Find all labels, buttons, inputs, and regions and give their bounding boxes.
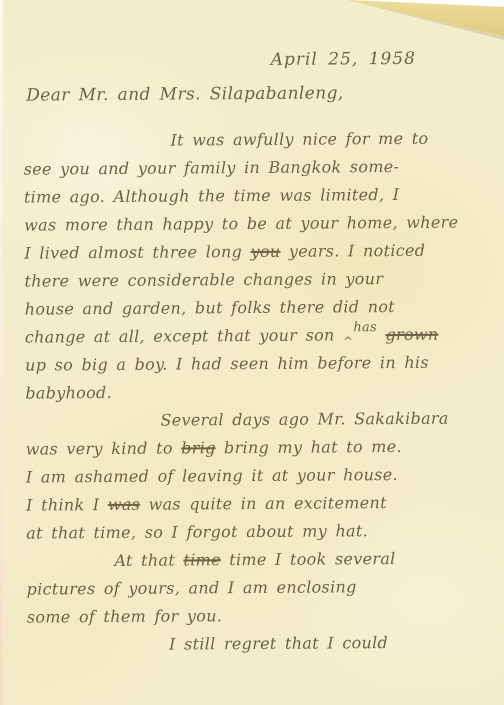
text-run: house and garden, but folks there did no… bbox=[25, 297, 395, 319]
struck-word: brig bbox=[181, 438, 216, 457]
letter-line: up so big a boy. I had seen him before i… bbox=[25, 348, 492, 379]
caret-mark: ^ bbox=[343, 334, 353, 348]
letter-line: At that time time I took several bbox=[26, 544, 493, 575]
text-run: was quite in an excitement bbox=[140, 493, 387, 514]
letter-line: some of them for you. bbox=[27, 600, 494, 631]
letter-line: was very kind to brig bring my hat to me… bbox=[26, 432, 493, 463]
text-run: time ago. Although the time was limited,… bbox=[24, 185, 400, 207]
text-run: I still regret that I could bbox=[169, 633, 388, 654]
text-run: was more than happy to be at your home, … bbox=[24, 213, 458, 235]
letter-line: I think I was was quite in an excitement bbox=[26, 488, 493, 519]
text-run: years. I noticed bbox=[280, 241, 425, 261]
text-run: there were considerable changes in your bbox=[24, 269, 383, 291]
text-run bbox=[377, 325, 386, 344]
text-run: up so big a boy. I had seen him before i… bbox=[25, 353, 429, 375]
letter-lines: It was awfully nice for me tosee you and… bbox=[23, 124, 494, 659]
text-run: It was awfully nice for me to bbox=[170, 129, 428, 150]
text-run: change at all, except that your son bbox=[25, 325, 343, 346]
letter-line: I lived almost three long you years. I n… bbox=[24, 236, 491, 267]
struck-word: you bbox=[250, 242, 280, 261]
text-run: babyhood. bbox=[25, 383, 112, 403]
struck-word: grown bbox=[385, 325, 438, 344]
letter-line: was more than happy to be at your home, … bbox=[24, 208, 491, 239]
letter-salutation: Dear Mr. and Mrs. Silapabanleng, bbox=[26, 83, 344, 105]
letter-line: Several days ago Mr. Sakakibara bbox=[25, 404, 492, 435]
text-run: pictures of yours, and I am enclosing bbox=[27, 577, 357, 598]
letter-line: pictures of yours, and I am enclosing bbox=[27, 572, 494, 603]
letter-date: April 25, 1958 bbox=[271, 49, 416, 70]
letter-line: I still regret that I could bbox=[27, 628, 494, 659]
letter-line: see you and your family in Bangkok some- bbox=[24, 152, 491, 183]
text-run: Several days ago Mr. Sakakibara bbox=[160, 409, 448, 430]
text-run: was very kind to bbox=[26, 438, 182, 458]
text-run: I am ashamed of leaving it at your house… bbox=[26, 465, 398, 487]
text-run: bring my hat to me. bbox=[216, 437, 402, 457]
struck-word: time bbox=[183, 550, 221, 569]
letter-line: It was awfully nice for me to bbox=[23, 124, 490, 155]
text-run: I lived almost three long bbox=[24, 242, 250, 263]
handwriting-layer: April 25, 1958 Dear Mr. and Mrs. Silapab… bbox=[0, 0, 504, 705]
text-run: at that time, so I forgot about my hat. bbox=[26, 521, 368, 542]
letter-line: babyhood. bbox=[25, 376, 492, 407]
text-run: see you and your family in Bangkok some- bbox=[24, 157, 400, 179]
text-run: At that bbox=[114, 550, 183, 569]
struck-word: was bbox=[108, 495, 140, 514]
letter-line: there were considerable changes in your bbox=[24, 264, 491, 295]
letter-line: I am ashamed of leaving it at your house… bbox=[26, 460, 493, 491]
inserted-word: has bbox=[353, 320, 377, 335]
letter-line: change at all, except that your son ^has… bbox=[25, 320, 492, 351]
letter-line: time ago. Although the time was limited,… bbox=[24, 180, 491, 211]
text-run: some of them for you. bbox=[27, 606, 222, 626]
text-run: I think I bbox=[26, 495, 108, 515]
scanned-letter-page: April 25, 1958 Dear Mr. and Mrs. Silapab… bbox=[0, 0, 504, 705]
letter-line: at that time, so I forgot about my hat. bbox=[26, 516, 493, 547]
text-run: time I took several bbox=[221, 549, 396, 569]
letter-line: house and garden, but folks there did no… bbox=[25, 292, 492, 323]
